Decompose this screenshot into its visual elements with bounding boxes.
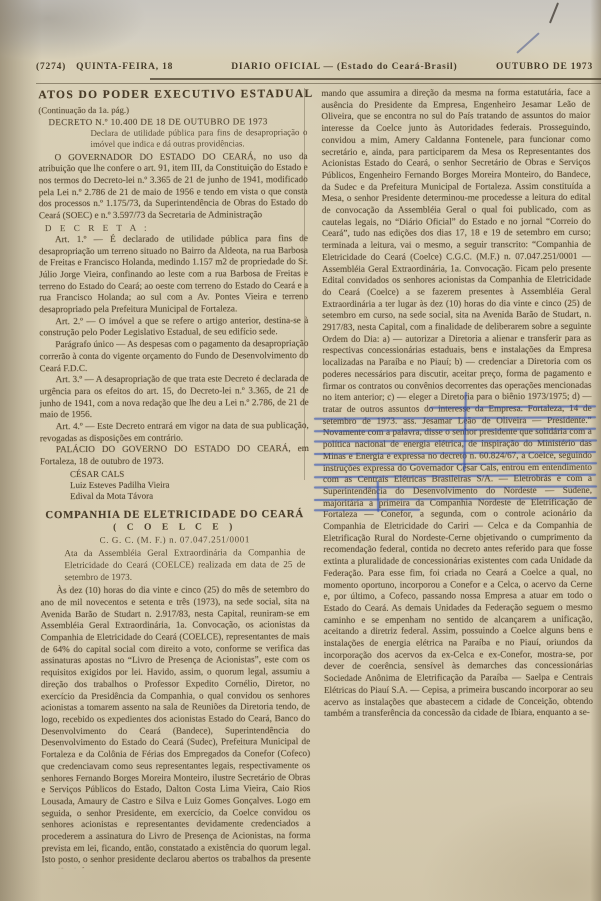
signature-secretary-2: Edival da Mota Távora bbox=[70, 490, 309, 502]
ata-body-continuation: mando que assumira a direção da mesma na… bbox=[321, 87, 593, 720]
decreta-word: D E C R E T A : bbox=[45, 222, 308, 233]
page-number: (7274) bbox=[36, 62, 66, 72]
decree-summary: Declara de utilidade pública para fins d… bbox=[90, 127, 307, 150]
coelce-cgc-number: C. G. C. (M. F.) n. 07.047.251/0001 bbox=[40, 534, 309, 547]
left-column: ATOS DO PODER EXECUTIVO ESTADUAL (Contin… bbox=[38, 88, 310, 868]
coelce-heading: COMPANHIA DE ELETRICIDADE DO CEARÁ bbox=[40, 509, 309, 522]
weekday-label: QUINTA-FEIRA, 18 bbox=[76, 62, 173, 72]
header-rule-thin bbox=[36, 83, 601, 84]
signature-block: CÉSAR CALS Luiz Esteves Padilha Vieira E… bbox=[70, 468, 309, 503]
header-rule-thick bbox=[150, 78, 601, 80]
gazette-title: DIARIO OFICIAL — (Estado do Ceará-Brasil… bbox=[231, 62, 488, 72]
decree-article-3: Art. 3.º — A desapropriação de que trata… bbox=[40, 373, 309, 421]
ata-heading: Ata da Assembléia Geral Extraordinária d… bbox=[64, 548, 305, 584]
decree-article-4: Art. 4.º — Este Decreto entrará em vigor… bbox=[40, 420, 309, 445]
decree-paragrafo-unico: Parágrafo único — As despesas com o paga… bbox=[39, 338, 308, 374]
decree-preamble: O GOVERNADOR DO ESTADO DO CEARÁ, no uso … bbox=[39, 151, 308, 222]
ata-body-text: Às dez (10) horas do dia vinte e cinco (… bbox=[40, 584, 310, 868]
paper-top-edge-shadow bbox=[0, 0, 601, 54]
decree-article-1: Art. 1.º — É declarado de utilidade públ… bbox=[39, 233, 308, 316]
issue-date: OUTUBRO DE 1973 bbox=[496, 62, 593, 72]
section-title: ATOS DO PODER EXECUTIVO ESTADUAL bbox=[38, 88, 307, 101]
paper-left-edge-shadow bbox=[0, 0, 44, 901]
decree-article-2: Art. 2.º — O imóvel a que se refere o ar… bbox=[39, 315, 308, 340]
palacio-closing: PALÁCIO DO GOVERNO DO ESTADO DO CEARÁ, e… bbox=[40, 443, 309, 468]
scanned-gazette-page: (7274) QUINTA-FEIRA, 18 DIARIO OFICIAL —… bbox=[0, 0, 601, 901]
masthead: (7274) QUINTA-FEIRA, 18 DIARIO OFICIAL —… bbox=[36, 62, 593, 78]
